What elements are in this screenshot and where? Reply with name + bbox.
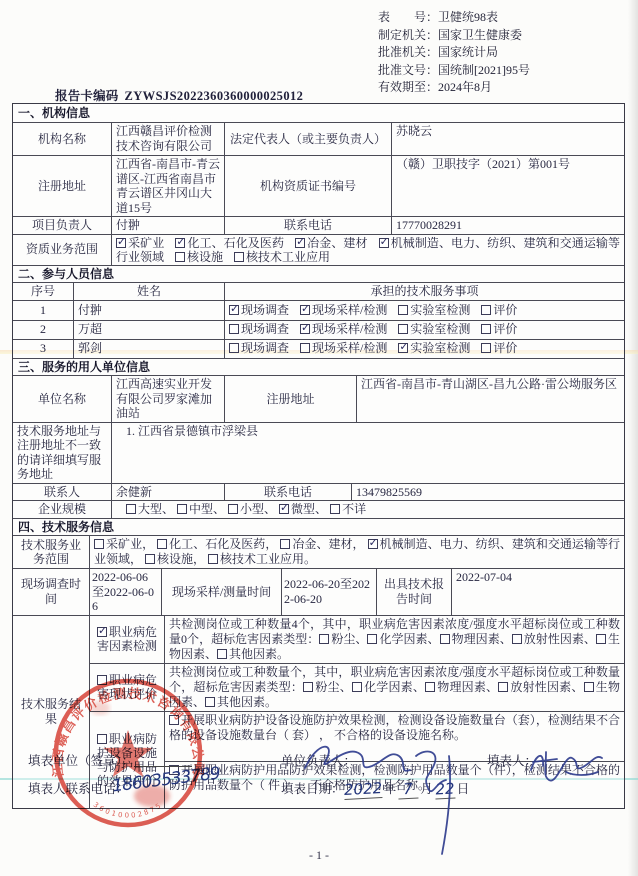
service-address-value: 1. 江西省景德镇市浮梁县 bbox=[111, 423, 624, 483]
checkbox-icon bbox=[512, 634, 522, 644]
checkbox-label: 大型、 bbox=[138, 502, 174, 516]
result-row-status-eval: 职业病危害现状评价 共检测岗位或工种数量个，其中，职业病危害因素浓度/强度水平超… bbox=[90, 663, 624, 711]
org-reg-address-value: 江西省-南昌市-青云谱区-江西省南昌市青云谱区井冈山大道15号 bbox=[111, 156, 224, 216]
checkbox-option: 核技术工业应用。 bbox=[208, 552, 316, 566]
checkbox-icon bbox=[175, 252, 185, 262]
checkbox-option: 采矿业， bbox=[94, 537, 154, 551]
month-suffix: 月 bbox=[420, 782, 433, 796]
checkbox-label: 核设施， bbox=[157, 552, 205, 566]
checkbox-option: 实验室检测 bbox=[398, 341, 470, 355]
meta-value: 2024年8月 bbox=[438, 79, 492, 97]
employer-name-label: 单位名称 bbox=[13, 376, 111, 422]
checkbox-option: 现场采样/检测 bbox=[300, 322, 387, 336]
filling-unit-line: 填表单位（签章）： bbox=[28, 751, 192, 769]
checkbox-label: 现场采样/检测 bbox=[312, 322, 387, 336]
org-reg-address-label: 注册地址 bbox=[13, 156, 111, 216]
day-suffix: 日 bbox=[457, 782, 470, 796]
checkbox-option: 小型、 bbox=[228, 502, 276, 516]
checkbox-option: 采矿业 bbox=[116, 236, 164, 250]
section4-header: 四、技术服务信息 bbox=[13, 518, 624, 536]
personnel-row: 2 万超 现场调查 现场采样/检测 实验室检测 评价 bbox=[13, 320, 624, 339]
service-address-label: 技术服务地址与注册地址不一致的请详细填写服务地址 bbox=[13, 423, 111, 483]
form-table: 一、机构信息 机构名称 江西赣昌评价检测技术咨询有限公司 法定代表人（或主要负责… bbox=[12, 103, 625, 809]
org-phone-label: 联系电话 bbox=[224, 217, 391, 234]
checkbox-label: 物理因素、 bbox=[452, 632, 512, 646]
checkbox-label: 冶金、建材 bbox=[307, 236, 367, 250]
section1-header: 一、机构信息 bbox=[13, 104, 624, 122]
checkbox-icon bbox=[330, 504, 340, 514]
checkbox-label: 放射性因素、 bbox=[524, 632, 596, 646]
qualification-scope-label: 资质业务范围 bbox=[13, 235, 111, 265]
checkbox-icon bbox=[481, 343, 491, 353]
checkbox-label: 粉尘、 bbox=[315, 680, 352, 694]
sampling-date-label: 现场采样/测量时间 bbox=[161, 569, 281, 615]
person-no: 1 bbox=[13, 301, 73, 320]
checkbox-icon bbox=[319, 634, 329, 644]
report-date-value: 2022-07-04 bbox=[451, 569, 624, 615]
checkbox-icon bbox=[228, 504, 238, 514]
qualification-scope-row: 资质业务范围 采矿业 化工、石化及医药 冶金、建材 机械制造、电力、纺织、建筑和… bbox=[13, 234, 624, 265]
protection-facility-text: 开展职业病防护设备设施防护效果检测，检测设备设施数量台（套），检测结果不合格的设… bbox=[165, 712, 624, 761]
filling-date-line: 填表日期：2022年7月22日 bbox=[281, 779, 471, 799]
meta-value: 国家统计局 bbox=[438, 44, 498, 62]
personnel-row: 1 付翀 现场调查 现场采样/检测 实验室检测 评价 bbox=[13, 300, 624, 320]
checkbox-label: 化工、石化及医药， bbox=[169, 537, 277, 551]
cert-number-value: （赣）卫职技字（2021）第001号 bbox=[391, 156, 624, 216]
checkbox-label: 实验室检测 bbox=[410, 303, 470, 317]
checkbox-icon bbox=[300, 324, 310, 334]
report-code-line: 报告卡编码ZYWSJS2022360360000025012 bbox=[55, 86, 303, 104]
checkbox-option: 物理因素、 bbox=[425, 680, 498, 694]
checkbox-icon bbox=[205, 697, 215, 707]
checkbox-label: 现场采样/检测 bbox=[312, 341, 387, 355]
checkbox-icon bbox=[584, 682, 594, 692]
checkbox-option: 不详 bbox=[330, 502, 366, 516]
checkbox-icon bbox=[481, 305, 491, 315]
meta-value: 国家卫生健康委 bbox=[438, 27, 522, 45]
org-name-row: 机构名称 江西赣昌评价检测技术咨询有限公司 法定代表人（或主要负责人） 苏晓云 bbox=[13, 122, 624, 155]
person-services: 现场调查 现场采样/检测 实验室检测 评价 bbox=[224, 340, 624, 358]
checkbox-icon bbox=[398, 343, 408, 353]
filling-unit-blank bbox=[134, 754, 192, 767]
checkbox-option: 实验室检测 bbox=[398, 322, 470, 336]
unit-head-line: 单位负责人： bbox=[281, 751, 356, 769]
project-manager-label: 项目负责人 bbox=[13, 217, 111, 234]
sampling-date-value: 2022-06-20至2022-06-20 bbox=[281, 569, 376, 615]
survey-date-value: 2022-06-06至2022-06-06 bbox=[89, 569, 161, 615]
checkbox-icon bbox=[229, 343, 239, 353]
checkbox-icon bbox=[481, 324, 491, 334]
checkbox-option: 评价 bbox=[481, 322, 517, 336]
meta-label: 批准机关： bbox=[378, 44, 438, 62]
checkbox-option: 其他因素。 bbox=[217, 647, 289, 661]
checkbox-label: 评价 bbox=[493, 341, 517, 355]
checkbox-option: 粉尘、 bbox=[303, 680, 352, 694]
filler-label: 填表人： bbox=[487, 754, 537, 768]
col-header-name: 姓名 bbox=[73, 283, 224, 300]
checkbox-icon bbox=[379, 238, 389, 248]
enterprise-size-value: 大型、 中型、 小型、 微型、 不详 bbox=[111, 501, 624, 518]
person-name: 郭剑 bbox=[73, 340, 224, 358]
employer-contact-label: 联系人 bbox=[13, 484, 111, 501]
checkbox-icon bbox=[116, 238, 126, 248]
checkbox-option: 现场调查 bbox=[229, 341, 289, 355]
checkbox-icon bbox=[234, 252, 244, 262]
checkbox-label: 采矿业 bbox=[128, 236, 164, 250]
report-code-label: 报告卡编码 bbox=[55, 89, 119, 103]
checkbox-option: 核设施， bbox=[145, 552, 205, 566]
result-status-eval-type: 职业病危害现状评价 bbox=[90, 664, 164, 711]
meta-label: 有效期至： bbox=[378, 79, 438, 97]
service-scope-label: 技术服务业务范围 bbox=[13, 536, 89, 568]
handwritten-month: 7 bbox=[398, 779, 419, 799]
handwritten-day: 22 bbox=[434, 779, 455, 799]
checkbox-icon bbox=[97, 627, 107, 637]
checkbox-icon bbox=[398, 305, 408, 315]
checkbox-option: 评价 bbox=[481, 303, 517, 317]
checkbox-icon bbox=[352, 682, 362, 692]
person-services: 现场调查 现场采样/检测 实验室检测 评价 bbox=[224, 321, 624, 339]
project-manager-value: 付翀 bbox=[111, 217, 224, 234]
checkbox-icon bbox=[280, 539, 290, 549]
checkbox-icon bbox=[425, 682, 435, 692]
enterprise-size-row: 企业规模 大型、 中型、 小型、 微型、 不详 bbox=[13, 500, 624, 518]
org-name-label: 机构名称 bbox=[13, 123, 111, 155]
meta-value: 国统制[2021]95号 bbox=[438, 62, 530, 80]
checkbox-label: 现场采样/检测 bbox=[312, 303, 387, 317]
checkbox-icon bbox=[295, 238, 305, 248]
checkbox-option: 核技术工业应用 bbox=[234, 250, 330, 264]
checkbox-label: 实验室检测 bbox=[410, 341, 470, 355]
employer-name-value: 江西高速实业开发有限公司罗家滩加油站 bbox=[111, 376, 224, 422]
checkbox-label: 现场调查 bbox=[241, 303, 289, 317]
result-detection-text: 共检测岗位或工种数量4个，其中，职业病危害因素浓度/强度水平超标岗位或工种数量0… bbox=[164, 616, 624, 663]
checkbox-icon bbox=[398, 324, 408, 334]
checkbox-option: 实验室检测 bbox=[398, 303, 470, 317]
employer-contact-row: 联系人 余健新 联系电话 13479825569 bbox=[13, 483, 624, 501]
checkbox-icon bbox=[126, 504, 136, 514]
filler-line: 填表人： bbox=[487, 751, 537, 769]
person-name: 付翀 bbox=[73, 301, 224, 320]
person-services: 现场调查 现场采样/检测 实验室检测 评价 bbox=[224, 301, 624, 320]
checkbox-icon bbox=[145, 554, 155, 564]
handwritten-year: 2022 bbox=[343, 779, 382, 800]
section3-header: 三、服务的用人单位信息 bbox=[13, 358, 624, 376]
checkbox-option: 核设施 bbox=[175, 250, 223, 264]
checkbox-option: 现场调查 bbox=[229, 322, 289, 336]
checkbox-label: 小型、 bbox=[240, 502, 276, 516]
meta-row: 制定机关：国家卫生健康委 bbox=[378, 27, 530, 45]
checkbox-label: 中型、 bbox=[189, 502, 225, 516]
personnel-header-row: 序号 姓名 承担的技术服务事项 bbox=[13, 282, 624, 300]
meta-row: 批准机关：国家统计局 bbox=[378, 44, 530, 62]
meta-row: 有效期至：2024年8月 bbox=[378, 79, 530, 97]
checkbox-icon bbox=[229, 324, 239, 334]
checkbox-option: 中型、 bbox=[177, 502, 225, 516]
qualification-scope-value: 采矿业 化工、石化及医药 冶金、建材 机械制造、电力、纺织、建筑和交通运输等行业… bbox=[111, 235, 624, 265]
employer-name-row: 单位名称 江西高速实业开发有限公司罗家滩加油站 注册地址 江西省-南昌市-青山湖… bbox=[13, 375, 624, 422]
meta-label: 表 号： bbox=[378, 9, 438, 27]
checkbox-icon bbox=[157, 539, 167, 549]
checkbox-icon bbox=[367, 634, 377, 644]
meta-value: 卫健统98表 bbox=[438, 9, 498, 27]
checkbox-icon bbox=[217, 649, 227, 659]
page-number: - 1 - bbox=[0, 848, 638, 863]
protection-facility-row: 开展职业病防护设备设施防护效果检测，检测设备设施数量台（套），检测结果不合格的设… bbox=[165, 712, 624, 761]
checkbox-label: 化学因素、 bbox=[364, 680, 425, 694]
meta-label: 制定机关： bbox=[378, 27, 438, 45]
filling-date-label: 填表日期： bbox=[281, 782, 344, 796]
checkbox-option: 其他因素。 bbox=[205, 695, 277, 709]
report-date-label: 出具技术报告时间 bbox=[376, 569, 451, 615]
org-address-row: 注册地址 江西省-南昌市-青云谱区-江西省南昌市青云谱区井冈山大道15号 机构资… bbox=[13, 155, 624, 216]
scanned-form-page: 表 号：卫健统98表 制定机关：国家卫生健康委 批准机关：国家统计局 批准文号：… bbox=[0, 0, 638, 876]
result-row-detection: 职业病危害因素检测 共检测岗位或工种数量4个，其中，职业病危害因素浓度/强度水平… bbox=[90, 616, 624, 663]
checkbox-label: 现场调查 bbox=[241, 322, 289, 336]
legal-rep-label: 法定代表人（或主要负责人） bbox=[224, 123, 391, 155]
checkbox-icon bbox=[97, 675, 107, 685]
form-meta-block: 表 号：卫健统98表 制定机关：国家卫生健康委 批准机关：国家统计局 批准文号：… bbox=[378, 9, 530, 97]
employer-phone-label: 联系电话 bbox=[224, 484, 351, 501]
person-no: 2 bbox=[13, 321, 73, 339]
checkbox-icon bbox=[300, 305, 310, 315]
checkbox-option: 现场调查 bbox=[229, 303, 289, 317]
checkbox-icon bbox=[97, 734, 107, 744]
col-header-no: 序号 bbox=[13, 283, 73, 300]
legal-rep-value: 苏晓云 bbox=[391, 123, 624, 155]
checkbox-label: 微型、 bbox=[291, 502, 327, 516]
checkbox-label: 化学因素、 bbox=[379, 632, 439, 646]
checkbox-label: 采矿业， bbox=[106, 537, 154, 551]
checkbox-label: 粉尘、 bbox=[331, 632, 367, 646]
filling-unit-label: 填表单位（签章）： bbox=[28, 754, 134, 768]
employer-contact-value: 余健新 bbox=[111, 484, 224, 501]
col-header-services: 承担的技术服务事项 bbox=[224, 283, 624, 300]
employer-phone-value: 13479825569 bbox=[351, 484, 624, 501]
cert-number-label: 机构资质证书编号 bbox=[224, 156, 391, 216]
checkbox-label: 评价 bbox=[493, 303, 517, 317]
section2-header: 二、参与人员信息 bbox=[13, 265, 624, 283]
result-detection-type: 职业病危害因素检测 bbox=[90, 616, 164, 663]
checkbox-icon bbox=[596, 634, 606, 644]
checkbox-icon bbox=[440, 634, 450, 644]
person-name: 万超 bbox=[73, 321, 224, 339]
checkbox-option: 现场采样/检测 bbox=[300, 341, 387, 355]
checkbox-icon bbox=[368, 539, 378, 549]
checkbox-option: 冶金、建材 bbox=[295, 236, 367, 250]
checkbox-icon bbox=[94, 539, 104, 549]
checkbox-label: 其他因素。 bbox=[229, 647, 289, 661]
checkbox-option: 大型、 bbox=[126, 502, 174, 516]
unit-head-label: 单位负责人： bbox=[281, 754, 356, 768]
person-no: 3 bbox=[13, 340, 73, 358]
checkbox-option: 现场采样/检测 bbox=[300, 303, 387, 317]
checkbox-option: 化工、石化及医药 bbox=[175, 236, 284, 250]
checkbox-icon bbox=[208, 554, 218, 564]
checkbox-label: 其他因素。 bbox=[217, 695, 277, 709]
checkbox-option: 粉尘、 bbox=[319, 632, 367, 646]
enterprise-size-label: 企业规模 bbox=[13, 501, 111, 518]
service-address-row: 技术服务地址与注册地址不一致的请详细填写服务地址 1. 江西省景德镇市浮梁县 bbox=[13, 422, 624, 483]
checkbox-icon bbox=[175, 238, 185, 248]
meta-row: 批准文号：国统制[2021]95号 bbox=[378, 62, 530, 80]
checkbox-label: 不详 bbox=[342, 502, 366, 516]
org-phone-value: 17770028291 bbox=[391, 217, 624, 234]
result-text: 开展职业病防护设备设施防护效果检测，检测设备设施数量台（套），检测结果不合格的设… bbox=[169, 713, 620, 742]
checkbox-icon bbox=[177, 504, 187, 514]
meta-row: 表 号：卫健统98表 bbox=[378, 9, 530, 27]
checkbox-icon bbox=[498, 682, 508, 692]
survey-date-label: 现场调查时间 bbox=[13, 569, 89, 615]
project-manager-row: 项目负责人 付翀 联系电话 17770028291 bbox=[13, 216, 624, 234]
service-scope-value: 采矿业， 化工、石化及医药， 冶金、建材， 机械制造、电力、纺织、建筑和交通运输… bbox=[89, 536, 624, 568]
org-name-value: 江西赣昌评价检测技术咨询有限公司 bbox=[111, 123, 224, 155]
checkbox-label: 核设施 bbox=[187, 250, 223, 264]
report-code-value: ZYWSJS2022360360000025012 bbox=[125, 89, 304, 103]
dates-row: 现场调查时间 2022-06-06至2022-06-06 现场采样/测量时间 2… bbox=[13, 568, 624, 615]
checkbox-option: 化学因素、 bbox=[352, 680, 425, 694]
scan-edge-shadow bbox=[628, 0, 638, 876]
checkbox-option: 微型、 bbox=[279, 502, 327, 516]
checkbox-label: 化工、石化及医药 bbox=[187, 236, 284, 250]
meta-label: 批准文号： bbox=[378, 62, 438, 80]
checkbox-icon bbox=[300, 343, 310, 353]
checkbox-icon bbox=[303, 682, 313, 692]
employer-reg-address-label: 注册地址 bbox=[224, 376, 356, 422]
checkbox-icon bbox=[169, 715, 179, 725]
service-scope-row: 技术服务业务范围 采矿业， 化工、石化及医药， 冶金、建材， 机械制造、电力、纺… bbox=[13, 535, 624, 568]
checkbox-option: 放射性因素、 bbox=[498, 680, 583, 694]
checkbox-label: 评价 bbox=[493, 322, 517, 336]
checkbox-icon bbox=[279, 504, 289, 514]
personnel-row: 3 郭剑 现场调查 现场采样/检测 实验室检测 评价 bbox=[13, 339, 624, 358]
year-suffix: 年 bbox=[384, 782, 397, 796]
checkbox-option: 冶金、建材， bbox=[280, 537, 364, 551]
checkbox-option: 化工、石化及医药， bbox=[157, 537, 277, 551]
checkbox-option: 物理因素、 bbox=[440, 632, 512, 646]
checkbox-label: 核技术工业应用。 bbox=[220, 552, 316, 566]
employer-reg-address-value: 江西省-南昌市-青山湖区-昌九公路·雷公坳服务区 bbox=[356, 376, 624, 422]
result-status-eval-text: 共检测岗位或工种数量个，其中，职业病危害因素浓度/强度水平超标岗位或工种数量个，… bbox=[164, 664, 624, 711]
checkbox-label: 现场调查 bbox=[241, 341, 289, 355]
checkbox-option: 放射性因素、 bbox=[512, 632, 596, 646]
checkbox-label: 物理因素、 bbox=[437, 680, 498, 694]
checkbox-label: 放射性因素、 bbox=[510, 680, 583, 694]
checkbox-label: 实验室检测 bbox=[410, 322, 470, 336]
checkbox-label: 冶金、建材， bbox=[292, 537, 364, 551]
checkbox-option: 化学因素、 bbox=[367, 632, 439, 646]
checkbox-label: 核技术工业应用 bbox=[246, 250, 330, 264]
checkbox-icon bbox=[229, 305, 239, 315]
checkbox-option: 评价 bbox=[481, 341, 517, 355]
